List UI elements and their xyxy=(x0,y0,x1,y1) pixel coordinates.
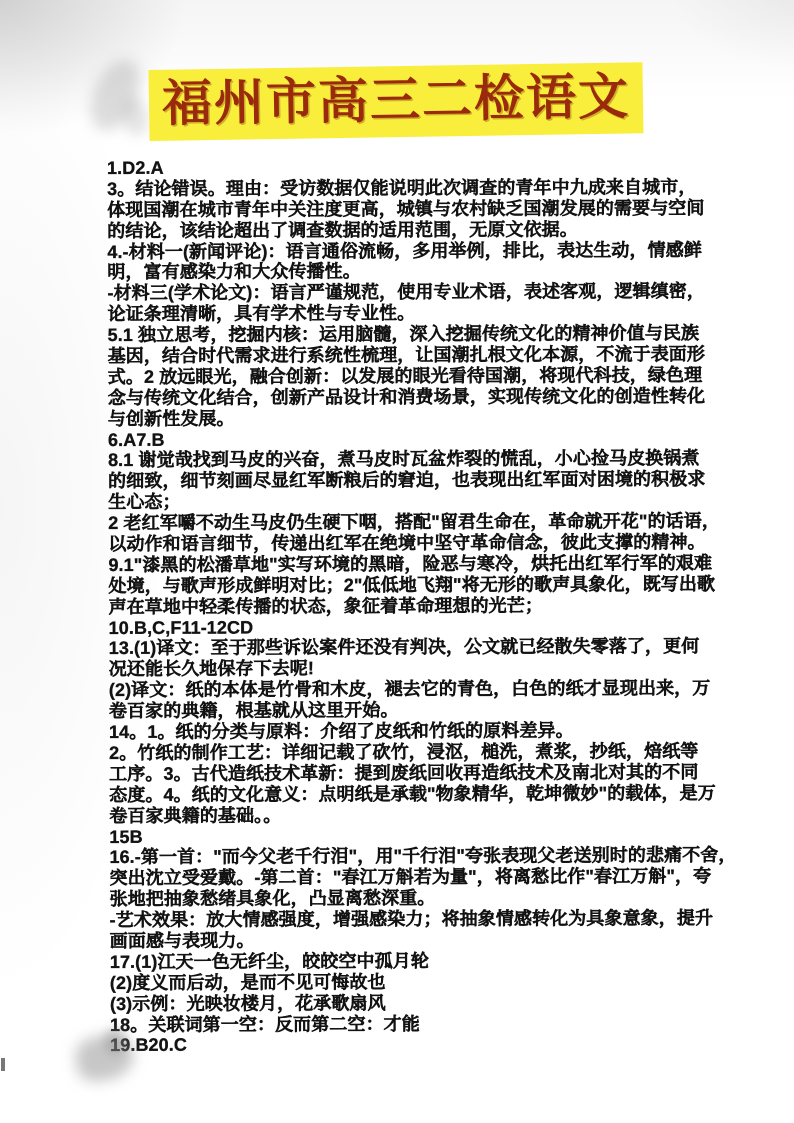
answer-line: -艺术效果：放大情感强度，增强感染力；将抽象情感转化为具象意象，提升 xyxy=(110,908,710,931)
answer-line: 声在草地中轻柔传播的状态，象征着革命理想的光芒； xyxy=(109,595,709,618)
answer-line: 生心态； xyxy=(108,490,708,513)
answer-line: 17.(1)江天一色无纤尘，皎皎空中孤月轮 xyxy=(110,950,710,973)
faint-watermark-mark-2 xyxy=(118,94,152,139)
answer-line: 2。竹纸的制作工艺：详细记载了砍竹，浸沤，槌洗，煮浆，抄纸，焙纸等 xyxy=(109,741,709,764)
answer-line: 9.1"漆黑的松潘草地"实写环境的黑暗，险恶与寒冷，烘托出红军行军的艰难 xyxy=(108,553,708,576)
answer-line: 与创新性发展。 xyxy=(108,407,708,430)
answer-line: 6.A7.B xyxy=(108,427,708,450)
answer-line: 13.(1)译文：至于那些诉讼案件还没有判决，公文就已经散失零落了，更何 xyxy=(109,636,709,659)
answer-line: -材料三(学术论文)：语言严谨规范，使用专业术语，表述客观，逻辑缜密， xyxy=(107,281,707,304)
answer-line: 3。结论错误。理由：受访数据仅能说明此次调查的青年中九成来自城市， xyxy=(107,177,707,200)
answer-line: 体现国潮在城市青年中关注度更高，城镇与农村缺乏国潮发展的需要与空间 xyxy=(107,198,707,221)
answer-line: 处境，与歌声形成鲜明对比；2"低低地飞翔"将无形的歌声具象化，既写出歌 xyxy=(108,574,708,597)
page-edge-mark xyxy=(1,1058,5,1071)
answer-line: 况还能长久地保存下去呢! xyxy=(109,657,709,680)
answer-line: 19.B20.C xyxy=(110,1033,710,1056)
answer-line: 张地把抽象愁绪具象化，凸显离愁深重。 xyxy=(110,887,710,910)
answer-line: 1.D2.A xyxy=(107,156,707,179)
answer-line: 念与传统文化结合，创新产品设计和消费场景，实现传统文化的创造性转化 xyxy=(108,386,708,409)
answer-line: 16.-第一首："而今父老千行泪"，用"千行泪"夸张表现父老送别时的悲痛不舍， xyxy=(109,845,709,868)
answer-line: 明，富有感染力和大众传播性。 xyxy=(107,260,707,283)
answer-line: 画面感与表现力。 xyxy=(110,929,710,952)
answer-line: 卷百家典籍的基础。。 xyxy=(109,804,709,827)
answer-line: 以动作和语言细节，传递出红军在绝境中坚守革命信念，彼此支撑的精神。 xyxy=(108,532,708,555)
answer-line: 卷百家的典籍，根基就从这里开始。 xyxy=(109,699,709,722)
photo-smudge-bottom-left-2 xyxy=(104,1028,126,1054)
document-page: 福州市高三二检语文 1.D2.A3。结论错误。理由：受访数据仅能说明此次调查的青… xyxy=(0,0,794,1123)
answer-line: 18。关联词第一空：反而第二空：才能 xyxy=(110,1012,710,1035)
answer-line: 14。1。纸的分类与原料：介绍了皮纸和竹纸的原料差异。 xyxy=(109,720,709,743)
answer-line: 2 老红军嚼不动生马皮仍生硬下咽，搭配"留君生命在，革命就开花"的话语， xyxy=(108,511,708,534)
answer-line: 4.-材料一(新闻评论)：语言通俗流畅，多用举例，排比，表达生动，情感鲜 xyxy=(107,239,707,262)
answer-line: 15B xyxy=(109,824,709,847)
exam-title: 福州市高三二检语文 xyxy=(148,62,643,141)
title-block: 福州市高三二检语文 xyxy=(148,62,643,141)
answer-line: 工序。3。古代造纸技术革新：提到废纸回收再造纸技术及南北对其的不同 xyxy=(109,762,709,785)
answer-line: 8.1 谢觉哉找到马皮的兴奋，煮马皮时瓦盆炸裂的慌乱，小心捡马皮换锅煮 xyxy=(108,448,708,471)
answer-lines: 1.D2.A3。结论错误。理由：受访数据仅能说明此次调查的青年中九成来自城市，体… xyxy=(107,156,710,1056)
answer-line: 5.1 独立思考，挖掘内核：运用脑髓，深入挖掘传统文化的精神价值与民族 xyxy=(108,323,708,346)
answer-line: 的细致，细节刻画尽显红军断粮后的窘迫，也表现出红军面对困境的积极求 xyxy=(108,469,708,492)
answer-line: (2)译文：纸的本体是竹骨和木皮，褪去它的青色，白色的纸才显现出来，万 xyxy=(109,678,709,701)
answer-line: 式。2 放远眼光，融合创新：以发展的眼光看待国潮，将现代科技，绿色理 xyxy=(108,365,708,388)
answer-line: 论证条理清晰，具有学术性与专业性。 xyxy=(108,302,708,325)
answer-line: 的结论，该结论超出了调查数据的适用范围，无原文依据。 xyxy=(107,219,707,242)
answer-line: 基因，结合时代需求进行系统性梳理，让国潮扎根文化本源，不流于表面形 xyxy=(108,344,708,367)
answer-line: (2)度义而后动，是而不见可悔故也 xyxy=(110,971,710,994)
answer-line: (3)示例：光映妆楼月，花承歌扇风 xyxy=(110,992,710,1015)
answer-line: 态度。4。纸的文化意义：点明纸是承载"物象精华，乾坤微妙"的载体，是万 xyxy=(109,783,709,806)
answer-line: 10.B,C,F11-12CD xyxy=(109,615,709,638)
answer-line: 突出沈立受爱戴。-第二首："春江万斛若为量"，将离愁比作"春江万斛"，夸 xyxy=(109,866,709,889)
